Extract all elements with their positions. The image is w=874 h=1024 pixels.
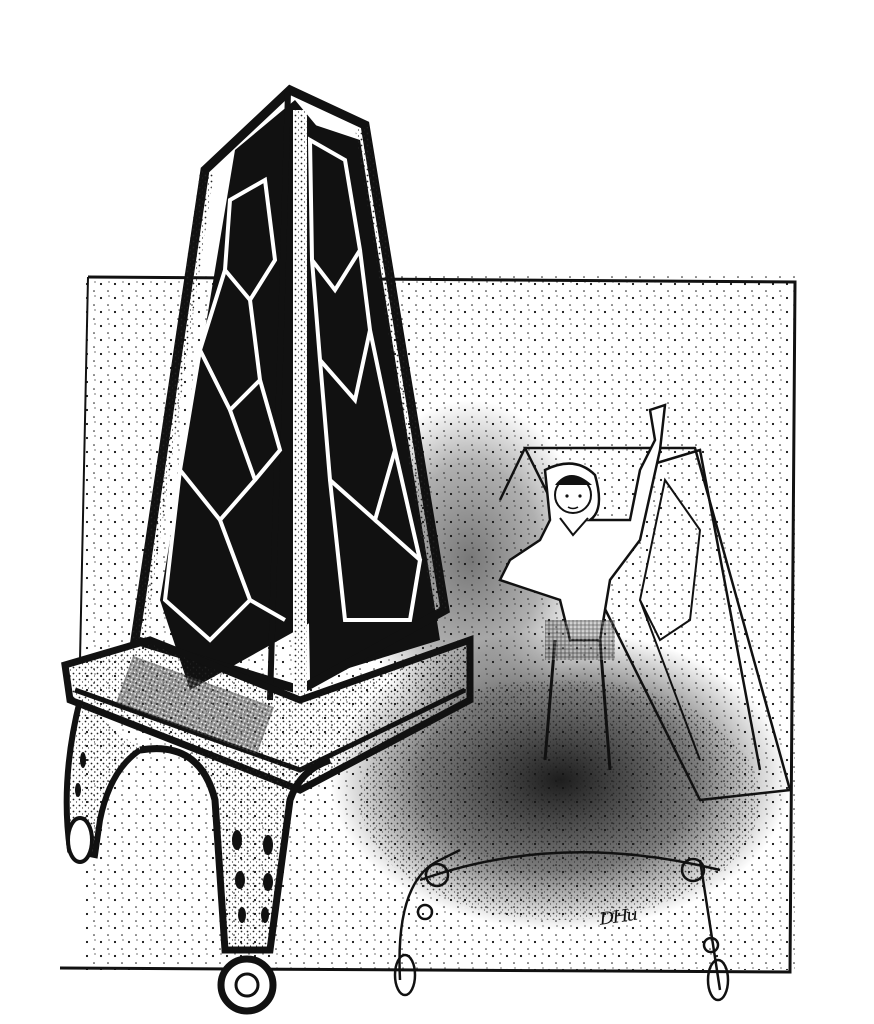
illustration-canvas [0, 0, 874, 1024]
artist-signature: ᴰᴴᵘ [598, 903, 640, 943]
